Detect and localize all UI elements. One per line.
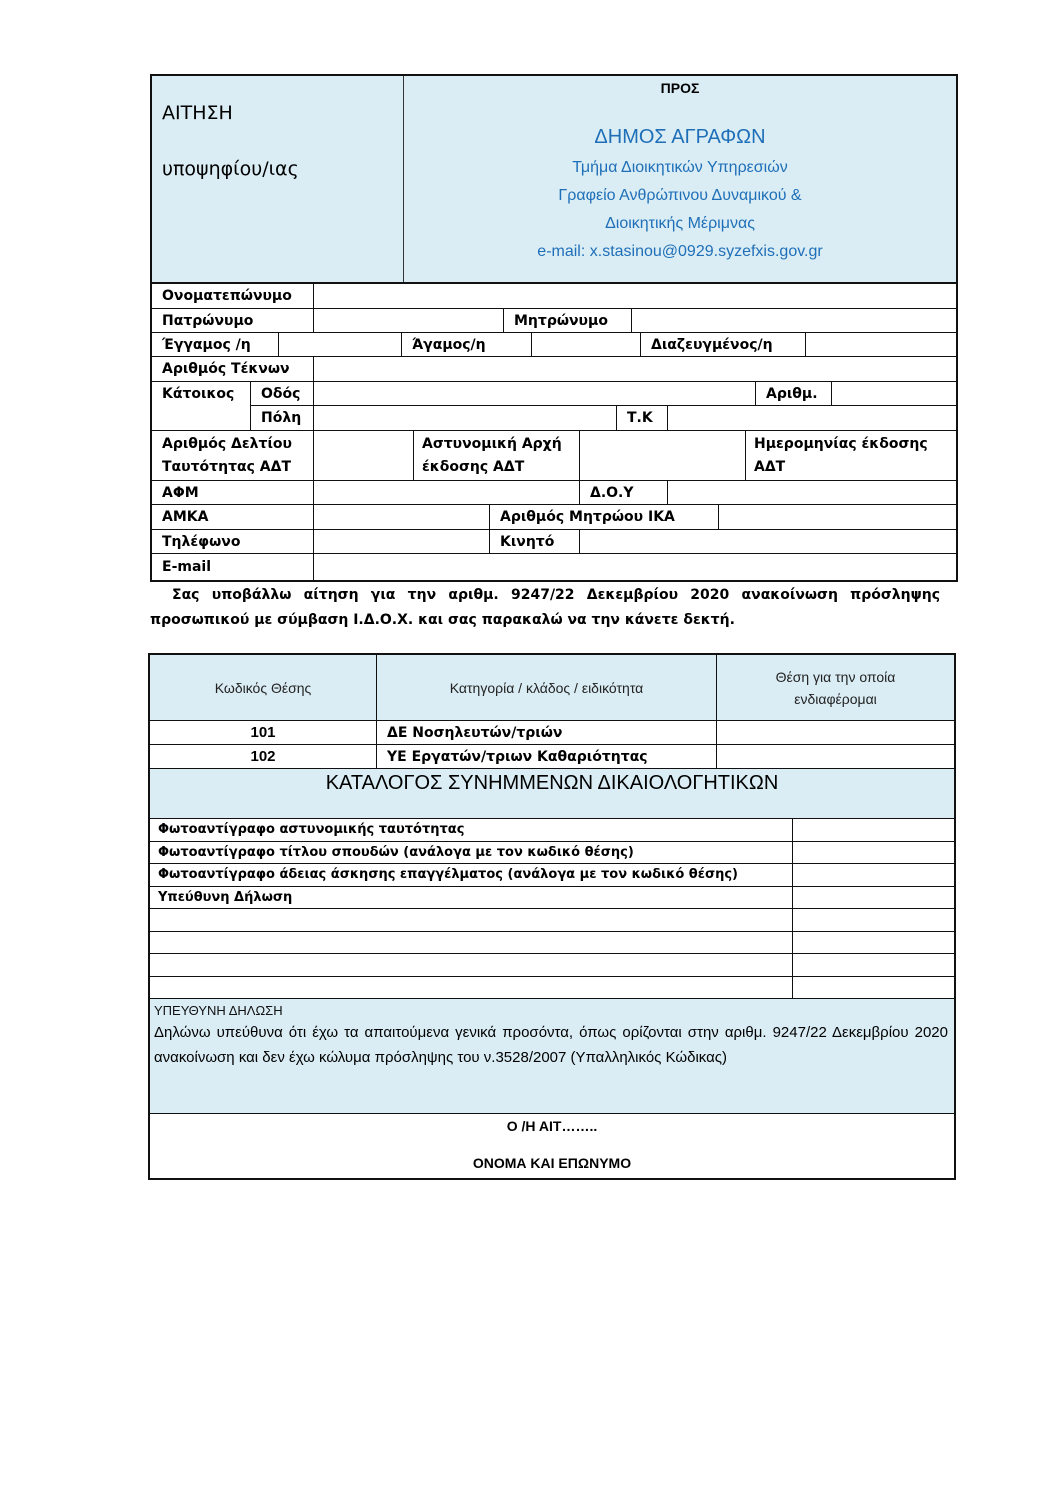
label-amka: ΑΜΚΑ	[152, 505, 314, 530]
divorced-field[interactable]	[806, 333, 956, 357]
attachments-title: ΚΑΤΑΛΟΓΟΣ ΣΥΝΗΜΜΕΝΩΝ ΔΙΚΑΙΟΛΟΓΗΤΙΚΩΝ	[150, 769, 954, 819]
attachment-item	[150, 909, 793, 932]
married-field[interactable]	[279, 333, 402, 357]
label-police-authority: Αστυνομική Αρχή έκδοσης ΑΔΤ	[414, 431, 580, 481]
label-number: Αριθμ.	[756, 382, 832, 406]
header-left-cell: ΑΙΤΗΣΗ υποψηφίου/ιας	[152, 76, 404, 282]
position-code: 101	[150, 721, 377, 745]
label-police-line-1: Αστυνομική Αρχή	[422, 433, 579, 456]
attachment-item: Φωτοαντίγραφο τίτλου σπουδών (ανάλογα με…	[150, 842, 793, 865]
col-header-interest: Θέση για την οποία ενδιαφέρομαι	[717, 655, 954, 721]
label-issue-date-line-1: Ημερομηνίας έκδοσης	[754, 433, 956, 456]
attachment-item	[150, 977, 793, 1000]
label-police-line-2: έκδοσης ΑΔΤ	[422, 456, 579, 479]
applicant-label: Ο /Η ΑΙΤ……..	[150, 1118, 954, 1134]
attachment-check-field[interactable]	[793, 887, 954, 910]
attachment-item: Υπεύθυνη Δήλωση	[150, 887, 793, 910]
label-issue-date-line-2: ΑΔΤ	[754, 456, 956, 479]
label-father-name: Πατρώνυμο	[152, 309, 314, 333]
doy-field[interactable]	[668, 481, 956, 505]
label-full-name: Ονοματεπώνυμο	[152, 284, 314, 309]
label-issue-date: Ημερομηνίας έκδοσης ΑΔΤ	[746, 431, 956, 481]
ika-field[interactable]	[719, 505, 956, 530]
label-street: Οδός	[251, 382, 314, 406]
header-title-1: ΑΙΤΗΣΗ	[162, 102, 233, 124]
phone-field[interactable]	[314, 530, 490, 554]
label-city: Πόλη	[251, 406, 314, 431]
department-line-2: Γραφείο Ανθρώπινου Δυναμικού &	[404, 187, 956, 205]
position-category: ΥΕ Εργατών/τριων Καθαριότητας	[377, 745, 717, 769]
mobile-field[interactable]	[580, 530, 956, 554]
number-field[interactable]	[832, 382, 956, 406]
label-divorced: Διαζευγμένος/η	[641, 333, 806, 357]
attachment-check-field[interactable]	[793, 909, 954, 932]
city-field[interactable]	[314, 406, 617, 431]
name-signature-label: ΟΝΟΜΑ ΚΑΙ ΕΠΩΝΥΜΟ	[150, 1155, 954, 1171]
label-afm: ΑΦΜ	[152, 481, 314, 505]
mother-name-field[interactable]	[632, 309, 956, 333]
label-ika: Αριθμός Μητρώου ΙΚΑ	[490, 505, 719, 530]
attachment-item	[150, 932, 793, 955]
attachment-item: Φωτοαντίγραφο άδειας άσκησης επαγγέλματο…	[150, 864, 793, 887]
full-name-field[interactable]	[314, 284, 956, 309]
signature-box: Ο /Η ΑΙΤ…….. ΟΝΟΜΑ ΚΑΙ ΕΠΩΝΥΜΟ	[150, 1114, 954, 1178]
department-line-1: Τμήμα Διοικητικών Υπηρεσιών	[404, 159, 956, 177]
label-id-number: Αριθμός Δελτίου Ταυτότητας ΑΔΤ	[152, 431, 314, 481]
intro-paragraph: Σας υποβάλλω αίτηση για την αριθμ. 9247/…	[150, 583, 940, 633]
label-id-number-line-1: Αριθμός Δελτίου	[162, 433, 313, 456]
label-single: Άγαμος/η	[402, 333, 532, 357]
header-box: ΑΙΤΗΣΗ υποψηφίου/ιας ΠΡΟΣ ΔΗΜΟΣ ΑΓΡΑΦΩΝ …	[150, 74, 958, 284]
col-header-code: Κωδικός Θέσης	[150, 655, 377, 721]
children-field[interactable]	[314, 357, 956, 382]
label-mother-name: Μητρώνυμο	[504, 309, 632, 333]
label-resident: Κάτοικος	[152, 382, 251, 431]
personal-data-form: Ονοματεπώνυμο Πατρώνυμο Μητρώνυμο Έγγαμο…	[150, 284, 958, 582]
street-field[interactable]	[314, 382, 756, 406]
col-header-category: Κατηγορία / κλάδος / ειδικότητα	[377, 655, 717, 721]
declaration-box: ΥΠΕΥΘΥΝΗ ΔΗΛΩΣΗ Δηλώνω υπεύθυνα ότι έχω …	[150, 999, 954, 1114]
label-doy: Δ.Ο.Υ	[580, 481, 668, 505]
label-married: Έγγαμος /η	[152, 333, 279, 357]
father-name-field[interactable]	[314, 309, 504, 333]
email-field[interactable]	[314, 554, 956, 580]
label-phone: Τηλέφωνο	[152, 530, 314, 554]
department-line-3: Διοικητικής Μέριμνας	[404, 215, 956, 233]
contact-email: e-mail: x.stasinou@0929.syzefxis.gov.gr	[404, 243, 956, 261]
id-number-field[interactable]	[314, 431, 414, 481]
position-code: 102	[150, 745, 377, 769]
attachment-check-field[interactable]	[793, 864, 954, 887]
label-children: Αριθμός Τέκνων	[152, 357, 314, 382]
afm-field[interactable]	[314, 481, 580, 505]
declaration-body: Δηλώνω υπεύθυνα ότι έχω τα απαιτούμενα γ…	[154, 1020, 948, 1070]
attachment-check-field[interactable]	[793, 932, 954, 955]
to-label: ΠΡΟΣ	[404, 80, 956, 96]
label-email: E-mail	[152, 554, 314, 580]
attachment-item: Φωτοαντίγραφο αστυνομικής ταυτότητας	[150, 819, 793, 842]
attachment-check-field[interactable]	[793, 842, 954, 865]
amka-field[interactable]	[314, 505, 490, 530]
position-category: ΔΕ Νοσηλευτών/τριών	[377, 721, 717, 745]
postcode-field[interactable]	[668, 406, 956, 431]
position-interest-field[interactable]	[717, 721, 954, 745]
attachment-check-field[interactable]	[793, 819, 954, 842]
municipality-name: ΔΗΜΟΣ ΑΓΡΑΦΩΝ	[404, 126, 956, 149]
positions-table: Κωδικός Θέσης Κατηγορία / κλάδος / ειδικ…	[148, 653, 956, 1180]
attachment-item	[150, 954, 793, 977]
label-mobile: Κινητό	[490, 530, 580, 554]
label-id-number-line-2: Ταυτότητας ΑΔΤ	[162, 456, 313, 479]
police-authority-field[interactable]	[580, 431, 746, 481]
attachment-check-field[interactable]	[793, 977, 954, 1000]
attachment-check-field[interactable]	[793, 954, 954, 977]
header-title-2: υποψηφίου/ιας	[162, 158, 299, 180]
label-postcode: Τ.Κ	[617, 406, 668, 431]
single-field[interactable]	[532, 333, 641, 357]
position-interest-field[interactable]	[717, 745, 954, 769]
header-right-cell: ΠΡΟΣ ΔΗΜΟΣ ΑΓΡΑΦΩΝ Τμήμα Διοικητικών Υπη…	[404, 76, 956, 282]
declaration-title: ΥΠΕΥΘΥΝΗ ΔΗΛΩΣΗ	[154, 1002, 948, 1020]
